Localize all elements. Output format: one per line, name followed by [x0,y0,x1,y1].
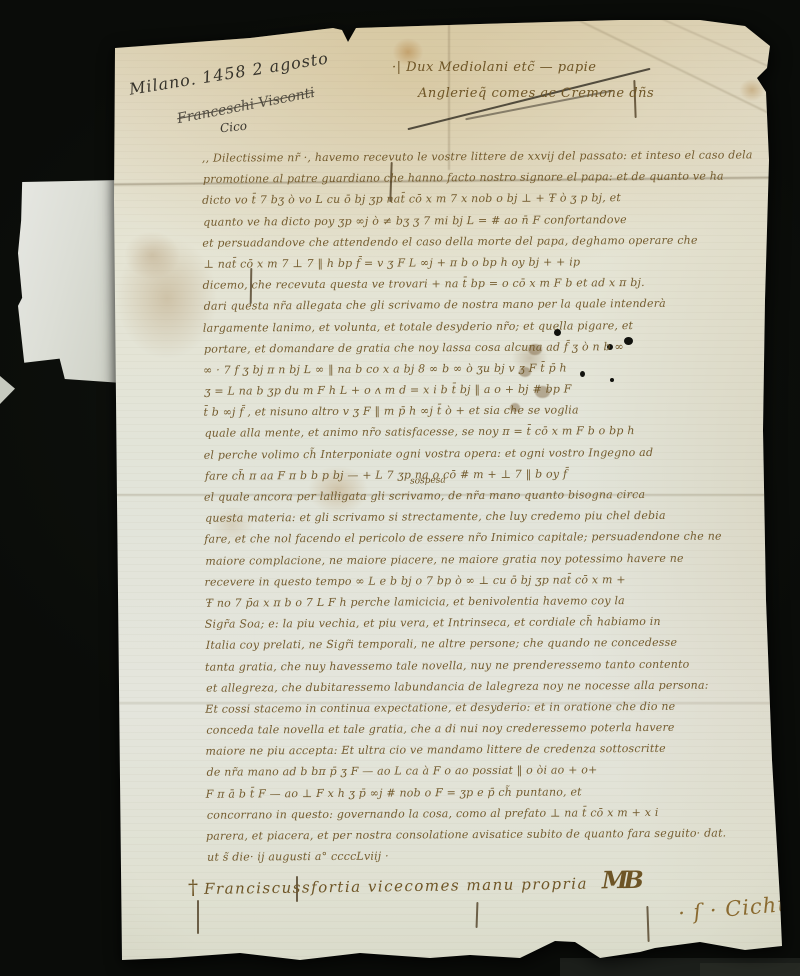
pen-stroke [476,902,479,928]
secretary-countersignature: · ſ · Cichus [677,891,800,926]
photo-frame: Milano. 1458 2 agosto Franceschi Viscont… [0,0,800,976]
archivist-initials: Cico [219,119,247,136]
mat-edge-light [700,963,800,976]
fold-crease [620,0,794,79]
address-title-line2: Anglerieq̃ comes ac Cremone dñs [418,86,654,101]
manuscript-sheet: Milano. 1458 2 agosto Franceschi Viscont… [112,20,784,964]
manuscript-sheet-wrap: Milano. 1458 2 agosto Franceschi Viscont… [112,20,784,964]
autograph-text: Franciscussfortia vicecomes manu propria [204,875,588,898]
interlinear-note: sospesa [410,475,446,486]
signature-cross: † [188,875,198,899]
paper-scrap [18,180,122,383]
letter-body: ,, Dilectissime nr̃ ·, havemo recevuto l… [202,144,766,868]
address-title-line1: ·| Dux Mediolani etc̃ — papie [392,60,597,75]
pen-stroke [646,906,649,942]
manuscript-line: ut s̃ die· ij augusti a° ccccLviij · [207,843,767,868]
pen-stroke [197,900,199,934]
paper-sliver [0,376,15,404]
signature-monogram: MB [602,865,639,895]
signature-line: †Franciscussfortia vicecomes manu propri… [188,865,639,900]
